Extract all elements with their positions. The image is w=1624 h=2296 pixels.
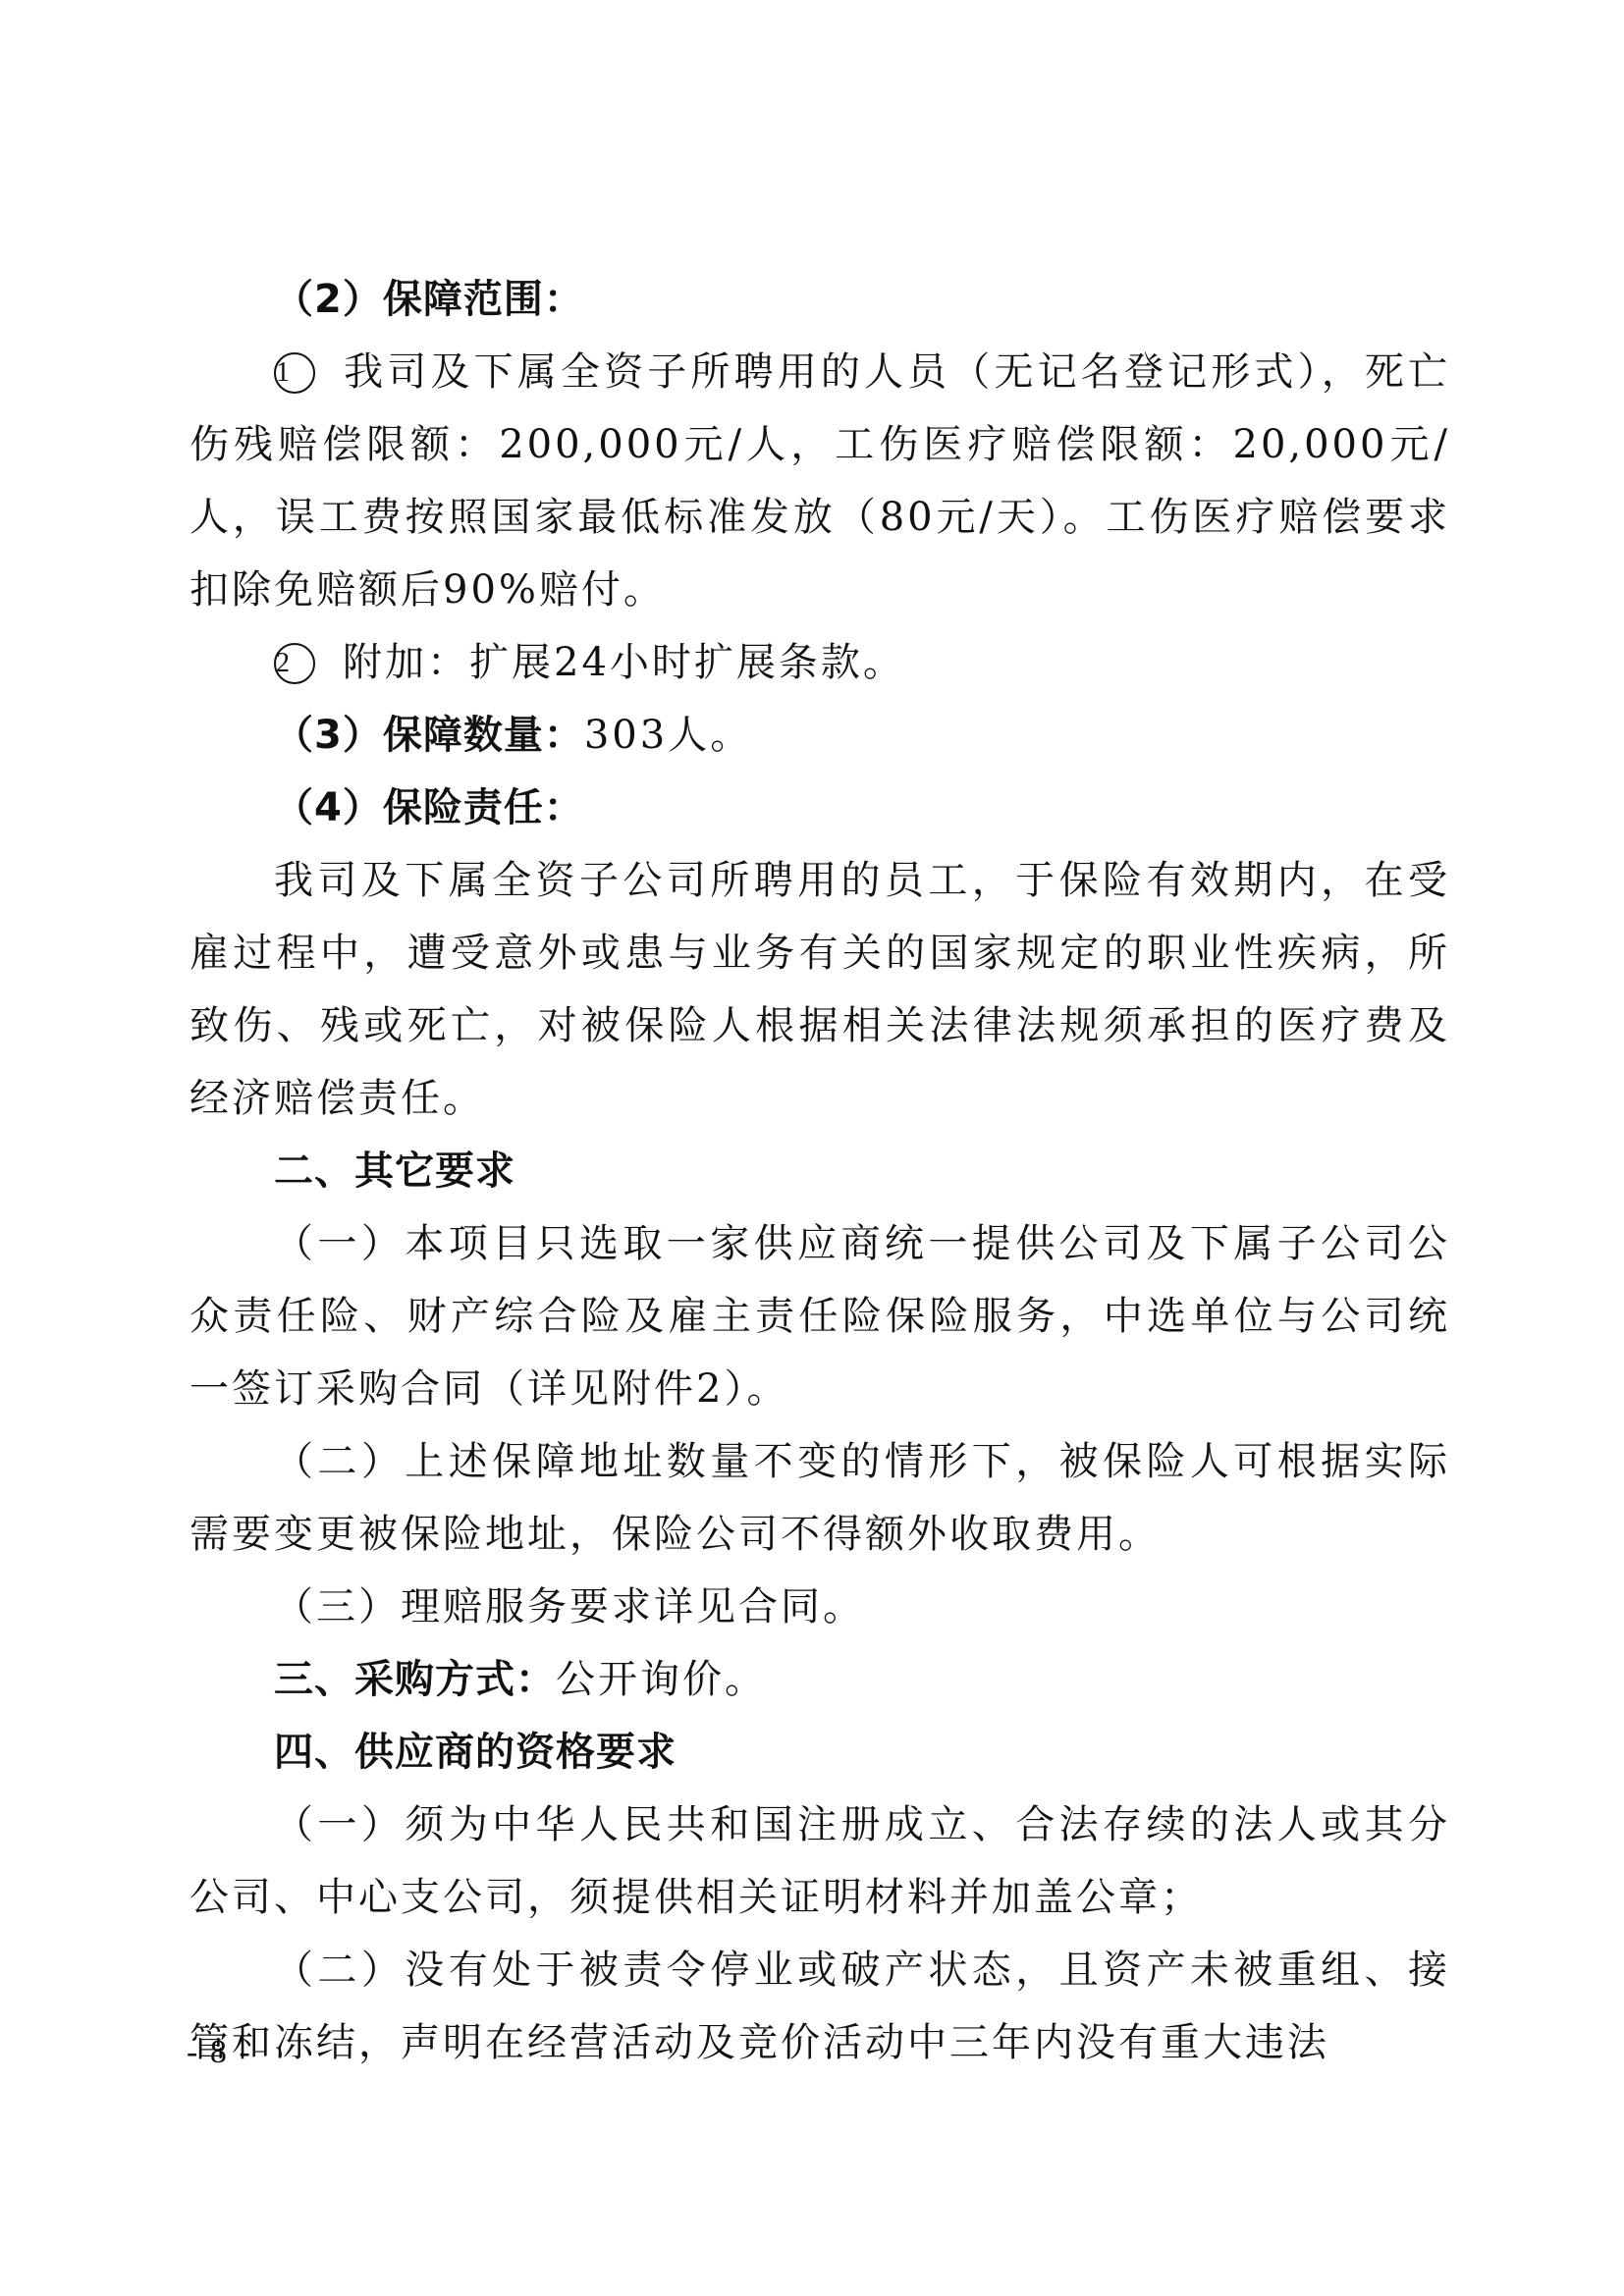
coverage-item-1-text: 我司及下属全资子所聘用的人员（无记名登记形式），死亡伤残赔偿限额：200,000…	[189, 349, 1450, 613]
coverage-quantity-value: 303人。	[584, 713, 752, 758]
other-requirement-3: （三）理赔服务要求详见合同。	[189, 1571, 1450, 1643]
page-number: - 8 -	[187, 2034, 252, 2071]
circled-number-2: 2	[274, 643, 315, 684]
insurance-liability-paragraph: 我司及下属全资子公司所聘用的员工，于保险有效期内，在受雇过程中，遭受意外或患与业…	[189, 844, 1450, 1135]
subheading-insurance-liability: （4）保险责任：	[189, 772, 1450, 844]
qualification-1: （一）须为中华人民共和国注册成立、合法存续的法人或其分公司、中心支公司，须提供相…	[189, 1789, 1450, 1934]
circled-number-1: 1	[274, 352, 315, 394]
qualification-2: （二）没有处于被责令停业或破产状态，且资产未被重组、接管和冻结，声明在经营活动及…	[189, 1934, 1450, 2079]
other-requirement-1: （一）本项目只选取一家供应商统一提供公司及下属子公司公众责任险、财产综合险及雇主…	[189, 1207, 1450, 1425]
subheading-coverage-scope: （2）保障范围：	[189, 263, 1450, 336]
procurement-method-value: 公开询价。	[556, 1657, 767, 1702]
heading-supplier-qualifications: 四、供应商的资格要求	[189, 1716, 1450, 1789]
document-page: （2）保障范围： 1我司及下属全资子所聘用的人员（无记名登记形式），死亡伤残赔偿…	[189, 263, 1450, 2079]
coverage-quantity-label: （3）保障数量：	[274, 713, 584, 758]
heading-other-requirements: 二、其它要求	[189, 1135, 1450, 1207]
coverage-item-2: 2附加：扩展24小时扩展条款。	[189, 626, 1450, 699]
procurement-method: 三、采购方式：公开询价。	[189, 1643, 1450, 1716]
coverage-quantity: （3）保障数量：303人。	[189, 699, 1450, 772]
coverage-item-1: 1我司及下属全资子所聘用的人员（无记名登记形式），死亡伤残赔偿限额：200,00…	[189, 336, 1450, 626]
procurement-method-label: 三、采购方式：	[274, 1657, 556, 1702]
coverage-item-2-text: 附加：扩展24小时扩展条款。	[343, 640, 905, 685]
other-requirement-2: （二）上述保障地址数量不变的情形下，被保险人可根据实际需要变更被保险地址，保险公…	[189, 1425, 1450, 1571]
